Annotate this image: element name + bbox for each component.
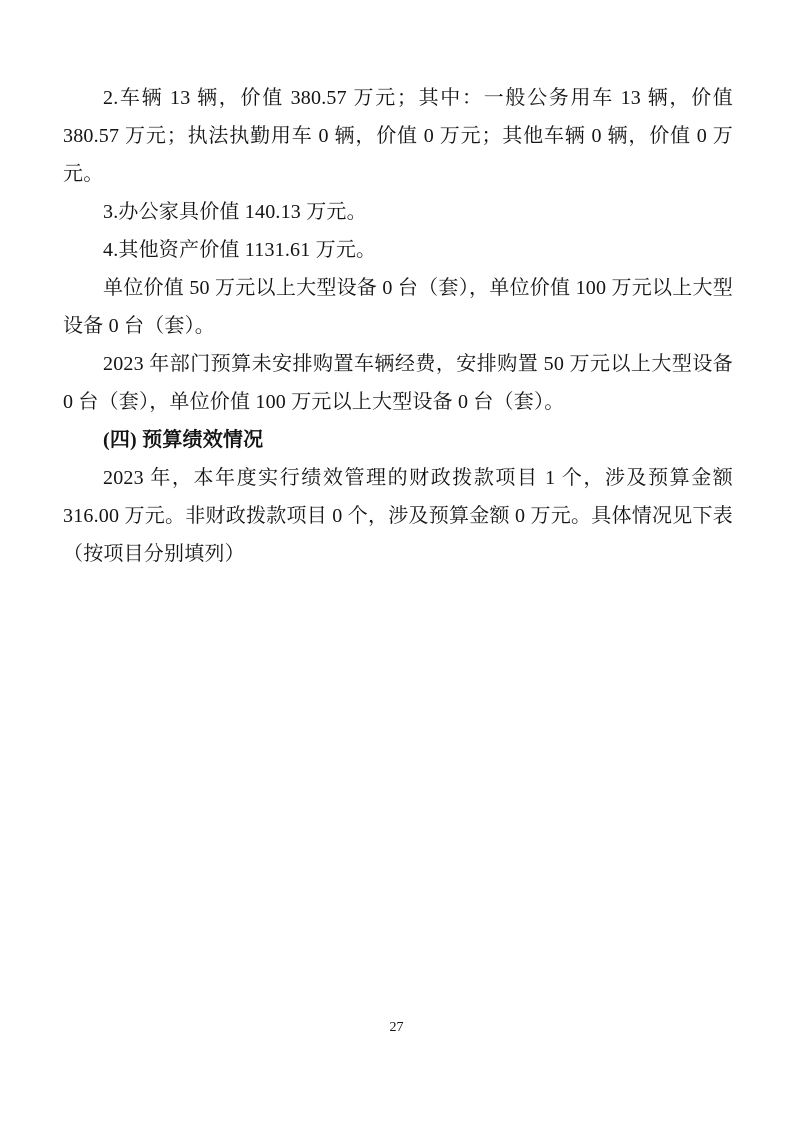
document-page: 2.车辆 13 辆，价值 380.57 万元；其中：一般公务用车 13 辆，价值… [0,0,793,1122]
page-number: 27 [0,1018,793,1038]
paragraph-large-equipment-counts: 单位价值 50 万元以上大型设备 0 台（套），单位价值 100 万元以上大型设… [63,269,733,345]
paragraph-other-assets-value: 4.其他资产价值 1131.61 万元。 [63,231,733,269]
section-heading-budget-performance: (四) 预算绩效情况 [63,421,733,459]
document-content: 2.车辆 13 辆，价值 380.57 万元；其中：一般公务用车 13 辆，价值… [63,79,733,573]
paragraph-office-furniture-value: 3.办公家具价值 140.13 万元。 [63,193,733,231]
paragraph-performance-management-summary: 2023 年，本年度实行绩效管理的财政拨款项目 1 个，涉及预算金额 316.0… [63,459,733,573]
paragraph-2023-procurement-budget: 2023 年部门预算未安排购置车辆经费，安排购置 50 万元以上大型设备 0 台… [63,345,733,421]
paragraph-vehicle-assets: 2.车辆 13 辆，价值 380.57 万元；其中：一般公务用车 13 辆，价值… [63,79,733,193]
